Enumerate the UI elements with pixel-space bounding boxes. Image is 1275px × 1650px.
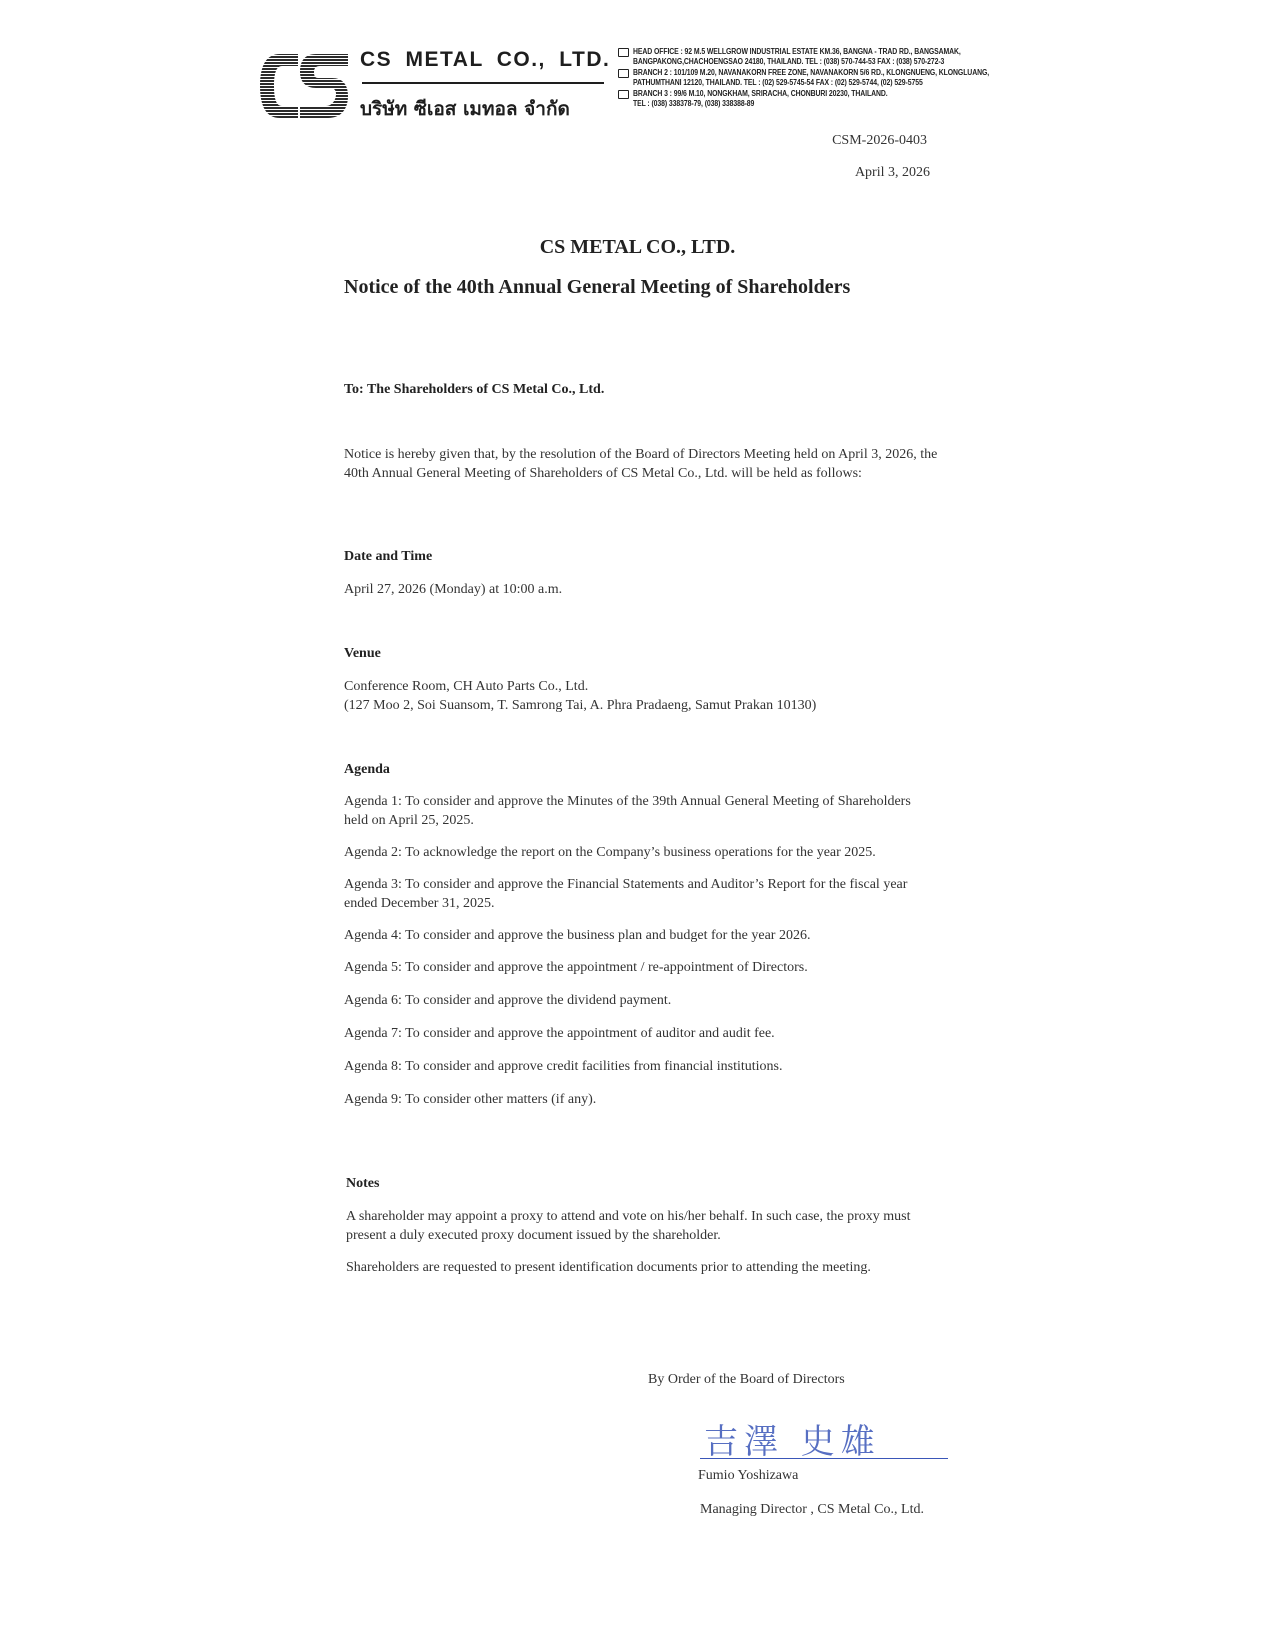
notes-heading: Notes [346,1174,931,1193]
date-time-section: Date and Time April 27, 2026 (Monday) at… [344,547,944,599]
company-name-th: บริษัท ซีเอส เมทอล จำกัด [360,94,570,124]
agenda-item: Agenda 5: To consider and approve the ap… [344,958,924,977]
signatory-name: Fumio Yoshizawa [698,1468,798,1484]
date-time-value: April 27, 2026 (Monday) at 10:00 a.m. [344,580,944,599]
venue-line-2: (127 Moo 2, Soi Suansom, T. Samrong Tai,… [344,696,944,715]
signature-line [700,1458,948,1459]
document-title: Notice of the 40th Annual General Meetin… [344,276,850,299]
date-time-heading: Date and Time [344,547,944,566]
office-addresses: HEAD OFFICE : 92 M.5 WELLGROW INDUSTRIAL… [618,47,1058,110]
cs-logo-icon [258,50,350,122]
company-name-en: CS METAL CO., LTD. [360,48,610,72]
checkbox-icon [618,48,629,57]
agenda-item: Agenda 6: To consider and approve the di… [344,991,924,1010]
intro-paragraph: Notice is hereby given that, by the reso… [344,445,939,483]
signature-block: By Order of the Board of Directors 吉澤 史雄… [648,1372,968,1388]
branch-2-address: BRANCH 2 : 101/109 M.20, NAVANAKORN FREE… [618,68,1058,88]
agenda-item: Agenda 4: To consider and approve the bu… [344,926,924,945]
signatory-title: Managing Director , CS Metal Co., Ltd. [700,1502,924,1518]
branch-3-address: BRANCH 3 : 99/6 M.10, NONGKHAM, SRIRACHA… [618,89,1058,109]
agenda-item: Agenda 8: To consider and approve credit… [344,1057,924,1076]
notes-section: Notes A shareholder may appoint a proxy … [346,1174,931,1277]
document-company-title: CS METAL CO., LTD. [0,236,1275,259]
letterhead: CS METAL CO., LTD. บริษัท ซีเอส เมทอล จำ… [258,44,1058,134]
by-order-line: By Order of the Board of Directors [648,1372,968,1388]
handwritten-signature: 吉澤 史雄 [704,1414,881,1463]
agenda-item: Agenda 1: To consider and approve the Mi… [344,792,924,830]
agenda-item: Agenda 9: To consider other matters (if … [344,1090,924,1109]
agenda-item: Agenda 7: To consider and approve the ap… [344,1024,924,1043]
note-item: A shareholder may appoint a proxy to att… [346,1207,931,1245]
agenda-heading: Agenda [344,760,924,779]
reference-number: CSM-2026-0403 [832,133,927,149]
checkbox-icon [618,69,629,78]
venue-line-1: Conference Room, CH Auto Parts Co., Ltd. [344,677,944,696]
venue-heading: Venue [344,644,944,663]
agenda-item: Agenda 3: To consider and approve the Fi… [344,875,924,913]
head-office-address: HEAD OFFICE : 92 M.5 WELLGROW INDUSTRIAL… [618,47,1058,67]
checkbox-icon [618,90,629,99]
agenda-item: Agenda 2: To acknowledge the report on t… [344,843,924,862]
venue-section: Venue Conference Room, CH Auto Parts Co.… [344,644,944,715]
note-item: Shareholders are requested to present id… [346,1258,931,1277]
letterhead-rule [362,82,604,84]
addressee: To: The Shareholders of CS Metal Co., Lt… [344,380,944,399]
agenda-section: Agenda Agenda 1: To consider and approve… [344,760,924,1109]
letter-date: April 3, 2026 [855,165,930,181]
